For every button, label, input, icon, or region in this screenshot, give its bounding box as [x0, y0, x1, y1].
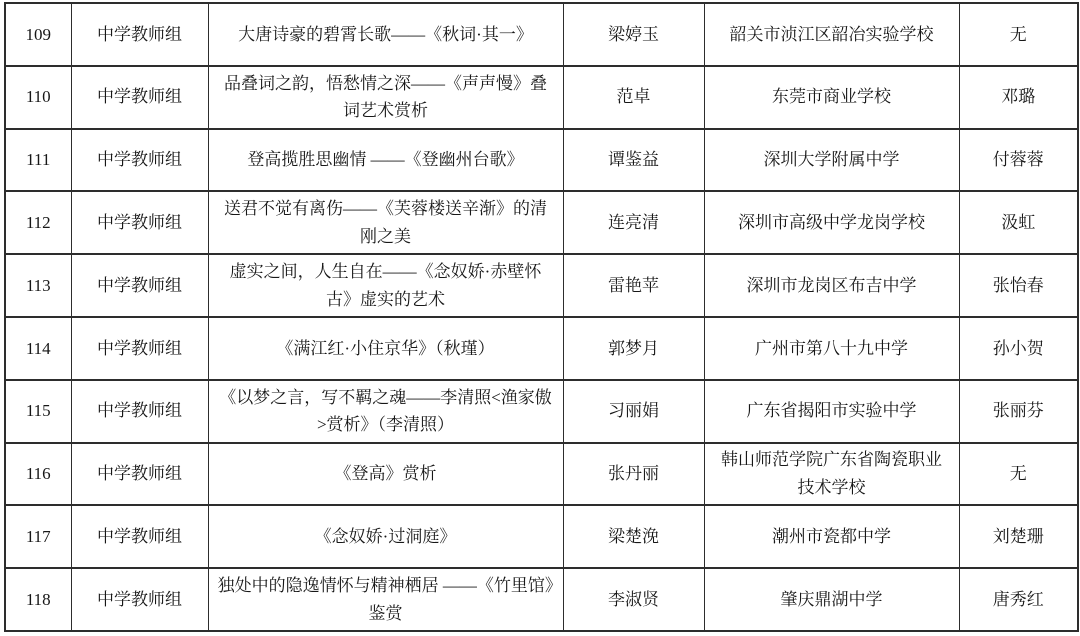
table-row: 113 中学教师组 虚实之间，人生自在——《念奴娇·赤壁怀古》虚实的艺术 雷艳苹… [5, 254, 1078, 317]
cell-group: 中学教师组 [71, 66, 208, 129]
cell-name: 郭梦月 [563, 317, 704, 380]
cell-index: 112 [5, 191, 71, 254]
cell-school: 深圳市高级中学龙岗学校 [704, 191, 959, 254]
cell-name: 谭鉴益 [563, 129, 704, 192]
cell-instructor: 无 [959, 443, 1078, 506]
cell-group: 中学教师组 [71, 3, 208, 66]
cell-name: 李淑贤 [563, 568, 704, 631]
cell-index: 117 [5, 505, 71, 568]
cell-group: 中学教师组 [71, 380, 208, 443]
cell-index: 114 [5, 317, 71, 380]
cell-name: 张丹丽 [563, 443, 704, 506]
cell-instructor: 张丽芬 [959, 380, 1078, 443]
cell-instructor: 邓璐 [959, 66, 1078, 129]
cell-instructor: 唐秀红 [959, 568, 1078, 631]
cell-school: 东莞市商业学校 [704, 66, 959, 129]
cell-group: 中学教师组 [71, 191, 208, 254]
cell-title: 品叠词之韵，悟愁情之深——《声声慢》叠词艺术赏析 [208, 66, 563, 129]
cell-index: 116 [5, 443, 71, 506]
table-row: 115 中学教师组 《以梦之言，写不羁之魂——李清照<渔家傲>赏析》（李清照） … [5, 380, 1078, 443]
table-row: 117 中学教师组 《念奴娇·过洞庭》 梁楚浼 潮州市瓷都中学 刘楚珊 [5, 505, 1078, 568]
cell-group: 中学教师组 [71, 568, 208, 631]
cell-index: 109 [5, 3, 71, 66]
cell-title: 独处中的隐逸情怀与精神栖居 ——《竹里馆》鉴赏 [208, 568, 563, 631]
cell-group: 中学教师组 [71, 443, 208, 506]
cell-group: 中学教师组 [71, 505, 208, 568]
cell-index: 115 [5, 380, 71, 443]
table-row: 111 中学教师组 登高揽胜思幽情 ——《登幽州台歌》 谭鉴益 深圳大学附属中学… [5, 129, 1078, 192]
cell-school: 韩山师范学院广东省陶瓷职业技术学校 [704, 443, 959, 506]
cell-school: 广州市第八十九中学 [704, 317, 959, 380]
cell-instructor: 张怡春 [959, 254, 1078, 317]
table-row: 118 中学教师组 独处中的隐逸情怀与精神栖居 ——《竹里馆》鉴赏 李淑贤 肇庆… [5, 568, 1078, 631]
table-row: 109 中学教师组 大唐诗豪的碧霄长歌——《秋词·其一》 梁婷玉 韶关市浈江区韶… [5, 3, 1078, 66]
cell-instructor: 无 [959, 3, 1078, 66]
cell-instructor: 付蓉蓉 [959, 129, 1078, 192]
cell-school: 广东省揭阳市实验中学 [704, 380, 959, 443]
table-row: 112 中学教师组 送君不觉有离伤——《芙蓉楼送辛渐》的清刚之美 连亮清 深圳市… [5, 191, 1078, 254]
results-table-body: 109 中学教师组 大唐诗豪的碧霄长歌——《秋词·其一》 梁婷玉 韶关市浈江区韶… [5, 3, 1078, 631]
cell-title: 虚实之间，人生自在——《念奴娇·赤壁怀古》虚实的艺术 [208, 254, 563, 317]
cell-school: 潮州市瓷都中学 [704, 505, 959, 568]
cell-group: 中学教师组 [71, 254, 208, 317]
cell-index: 110 [5, 66, 71, 129]
cell-school: 韶关市浈江区韶冶实验学校 [704, 3, 959, 66]
cell-instructor: 汲虹 [959, 191, 1078, 254]
cell-title: 《满江红·小住京华》（秋瑾） [208, 317, 563, 380]
cell-name: 梁楚浼 [563, 505, 704, 568]
cell-school: 深圳大学附属中学 [704, 129, 959, 192]
cell-index: 118 [5, 568, 71, 631]
cell-school: 深圳市龙岗区布吉中学 [704, 254, 959, 317]
cell-title: 《登高》赏析 [208, 443, 563, 506]
table-row: 110 中学教师组 品叠词之韵，悟愁情之深——《声声慢》叠词艺术赏析 范卓 东莞… [5, 66, 1078, 129]
results-table-container: 109 中学教师组 大唐诗豪的碧霄长歌——《秋词·其一》 梁婷玉 韶关市浈江区韶… [4, 2, 1079, 632]
cell-name: 习丽娟 [563, 380, 704, 443]
cell-name: 雷艳苹 [563, 254, 704, 317]
results-table: 109 中学教师组 大唐诗豪的碧霄长歌——《秋词·其一》 梁婷玉 韶关市浈江区韶… [4, 2, 1079, 632]
cell-group: 中学教师组 [71, 129, 208, 192]
cell-name: 梁婷玉 [563, 3, 704, 66]
cell-index: 111 [5, 129, 71, 192]
cell-title: 《以梦之言，写不羁之魂——李清照<渔家傲>赏析》（李清照） [208, 380, 563, 443]
cell-title: 大唐诗豪的碧霄长歌——《秋词·其一》 [208, 3, 563, 66]
cell-title: 登高揽胜思幽情 ——《登幽州台歌》 [208, 129, 563, 192]
cell-instructor: 孙小贺 [959, 317, 1078, 380]
cell-group: 中学教师组 [71, 317, 208, 380]
cell-index: 113 [5, 254, 71, 317]
cell-school: 肇庆鼎湖中学 [704, 568, 959, 631]
cell-name: 连亮清 [563, 191, 704, 254]
cell-title: 送君不觉有离伤——《芙蓉楼送辛渐》的清刚之美 [208, 191, 563, 254]
cell-title: 《念奴娇·过洞庭》 [208, 505, 563, 568]
cell-instructor: 刘楚珊 [959, 505, 1078, 568]
table-row: 116 中学教师组 《登高》赏析 张丹丽 韩山师范学院广东省陶瓷职业技术学校 无 [5, 443, 1078, 506]
cell-name: 范卓 [563, 66, 704, 129]
table-row: 114 中学教师组 《满江红·小住京华》（秋瑾） 郭梦月 广州市第八十九中学 孙… [5, 317, 1078, 380]
